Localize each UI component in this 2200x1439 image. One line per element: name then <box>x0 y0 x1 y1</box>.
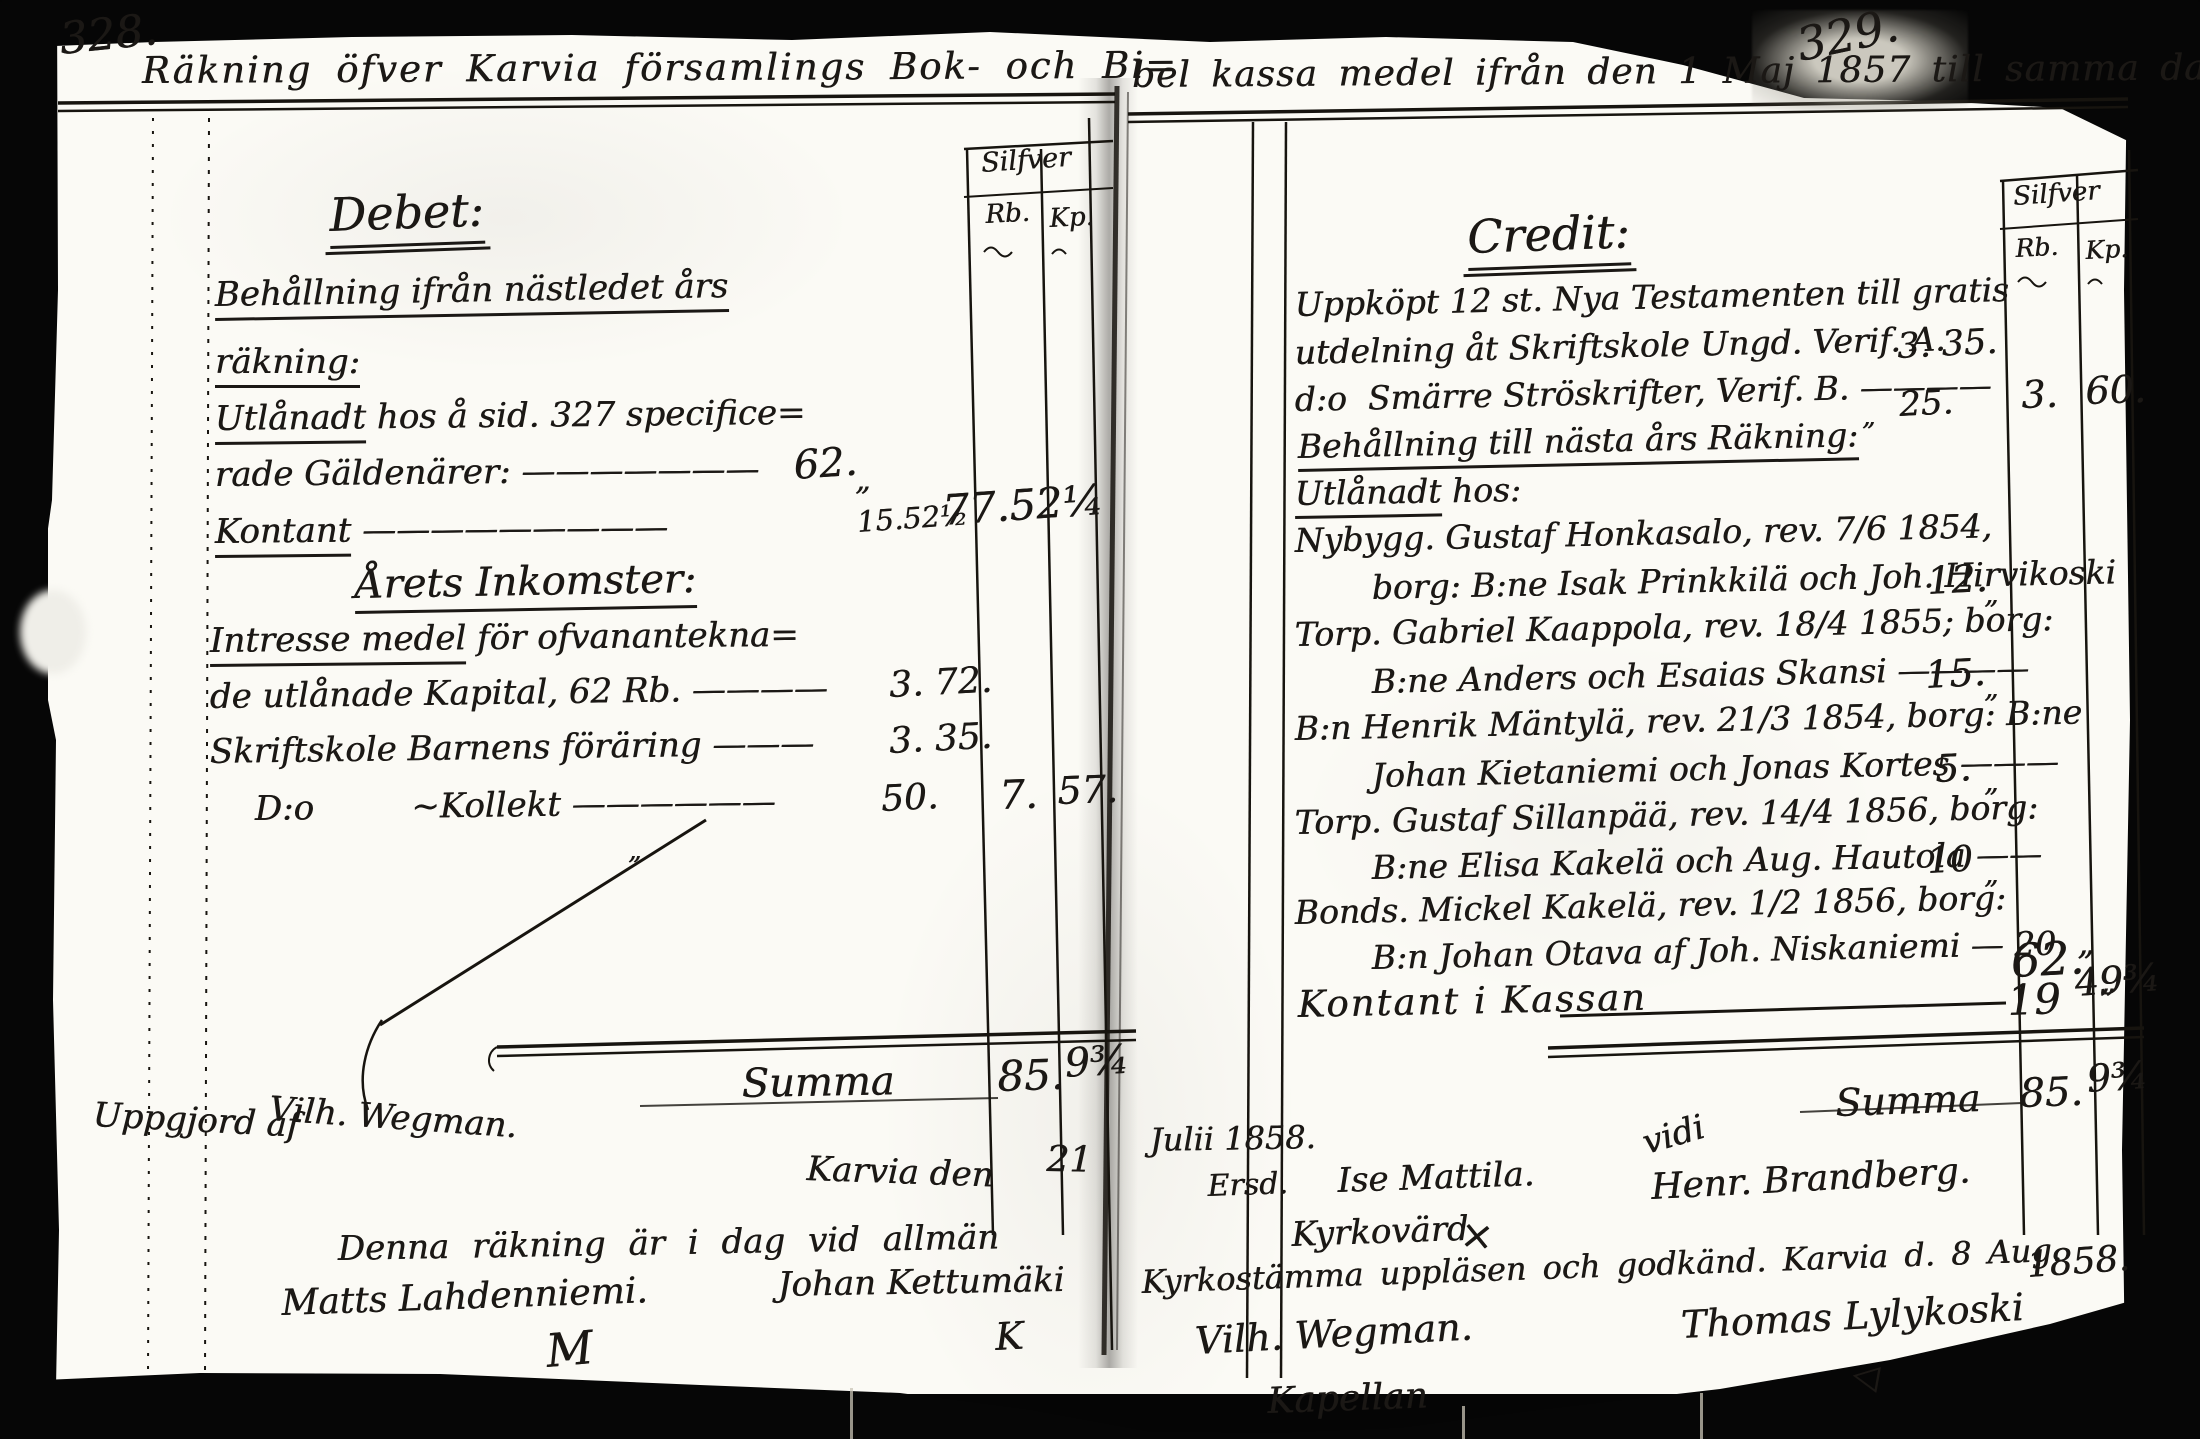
witness-housemark: K <box>994 1317 1024 1356</box>
ledger-line: Skriftskole Barnens föräring ——— <box>210 727 815 769</box>
ledger-line: Kontant i Kassan <box>1297 979 1647 1023</box>
section-heading: Årets Inkomster: <box>354 559 696 605</box>
rubel-amount: 3. <box>2021 375 2059 414</box>
credit-title: Credit: <box>1466 208 1630 260</box>
summa-rubel: 85. <box>2019 1072 2084 1114</box>
amount: 3. 35. <box>1896 325 1998 365</box>
amount: 62. <box>792 442 858 486</box>
section-heading: Behållning till nästa års Räkning: <box>1297 418 1858 463</box>
summa-kopek: 9¾ <box>1063 1040 1130 1084</box>
ledger-line: Utlånadt hos å sid. 327 specifice= <box>215 396 806 436</box>
margin-note: Ersd. <box>1207 1169 1288 1202</box>
churchwarden-signature: Ise Mattila. <box>1337 1157 1535 1198</box>
right-rubel-column-label: Rb. <box>2015 234 2059 261</box>
summa-rubel: 85. <box>997 1054 1065 1098</box>
amount: 50. <box>880 779 939 818</box>
left-page-header: Räkning öfver Karvia församlings Bok- oc… <box>142 47 1178 89</box>
scan-scratch <box>850 1388 853 1439</box>
ledger-line: Intresse medel för ofvanantekna= <box>210 618 799 658</box>
summa-kopek: 9¾ <box>2085 1056 2149 1098</box>
right-kopek-column-label: Kp. <box>2085 236 2129 263</box>
ditto-mark: „ <box>1862 404 1875 430</box>
summa-label: Summa <box>1835 1079 1981 1122</box>
debet-title: Debet: <box>328 187 484 238</box>
rubel-amount: 7. <box>999 775 1039 816</box>
rubel-amount: 19 <box>2007 978 2062 1022</box>
left-kopek-column-label: Kp. <box>1049 204 1095 232</box>
left-money-group-label: Silfver <box>980 144 1072 177</box>
witness-housemark: M <box>544 1324 595 1374</box>
summa-label: Summa <box>741 1061 895 1104</box>
scanned-ledger-spread: 328. Räkning öfver Karvia församlings Bo… <box>0 0 2200 1439</box>
witness-signature: Johan Kettumäki <box>777 1263 1064 1302</box>
scan-scratch <box>1700 1393 1703 1439</box>
amount: 5. <box>1934 748 1972 788</box>
ledger-line: rade Gäldenärer: ——————— <box>215 452 760 492</box>
amount: 15. <box>1924 653 1986 694</box>
amount: 10 <box>1926 842 1974 880</box>
ledger-line: Behållning ifrån nästledet års <box>214 269 728 312</box>
amount: 3. 72. <box>888 663 993 704</box>
amount: 3. 35. <box>888 719 993 760</box>
carried-total: 77.52¼ <box>941 479 1104 532</box>
ledger-line: D:o ~Kollekt —————— <box>255 785 776 826</box>
place-date: Karvia den <box>806 1152 994 1193</box>
place-date-day: 21 <box>1046 1142 1092 1179</box>
kopek-amount: 57. <box>1057 770 1119 810</box>
amount: 12. <box>1926 559 1988 600</box>
chaplain-title: Kapellan <box>1267 1378 1429 1420</box>
approval-year: 1858. <box>2025 1241 2130 1284</box>
churchwarden-title: Kyrkovärd <box>1291 1212 1469 1252</box>
ledger-line: Kontant ————————— <box>215 510 669 549</box>
right-page-header: bel kassa medel ifrån den 1 Maj 1857 til… <box>1132 49 2200 94</box>
ledger-line: de utlånade Kapital, 62 Rb. ———— <box>210 671 828 714</box>
ledger-line: räkning: <box>215 345 360 379</box>
right-money-group-label: Silfver <box>2012 178 2100 210</box>
ditto-mark: „ <box>855 466 871 496</box>
section-heading: Utlånadt hos: <box>1294 473 1521 510</box>
margin-date: Julii 1858. <box>1149 1121 1315 1156</box>
amount: 25. <box>1898 385 1954 422</box>
left-rubel-column-label: Rb. <box>985 200 1031 228</box>
kopek-amount: 49¾ <box>2073 958 2161 1002</box>
attestation-line: Denna räkning är i dag vid allmän <box>337 1220 999 1266</box>
scan-scratch <box>1462 1406 1465 1439</box>
kopek-amount: 60. <box>2085 370 2147 410</box>
ditto-mark: „ <box>628 838 641 864</box>
